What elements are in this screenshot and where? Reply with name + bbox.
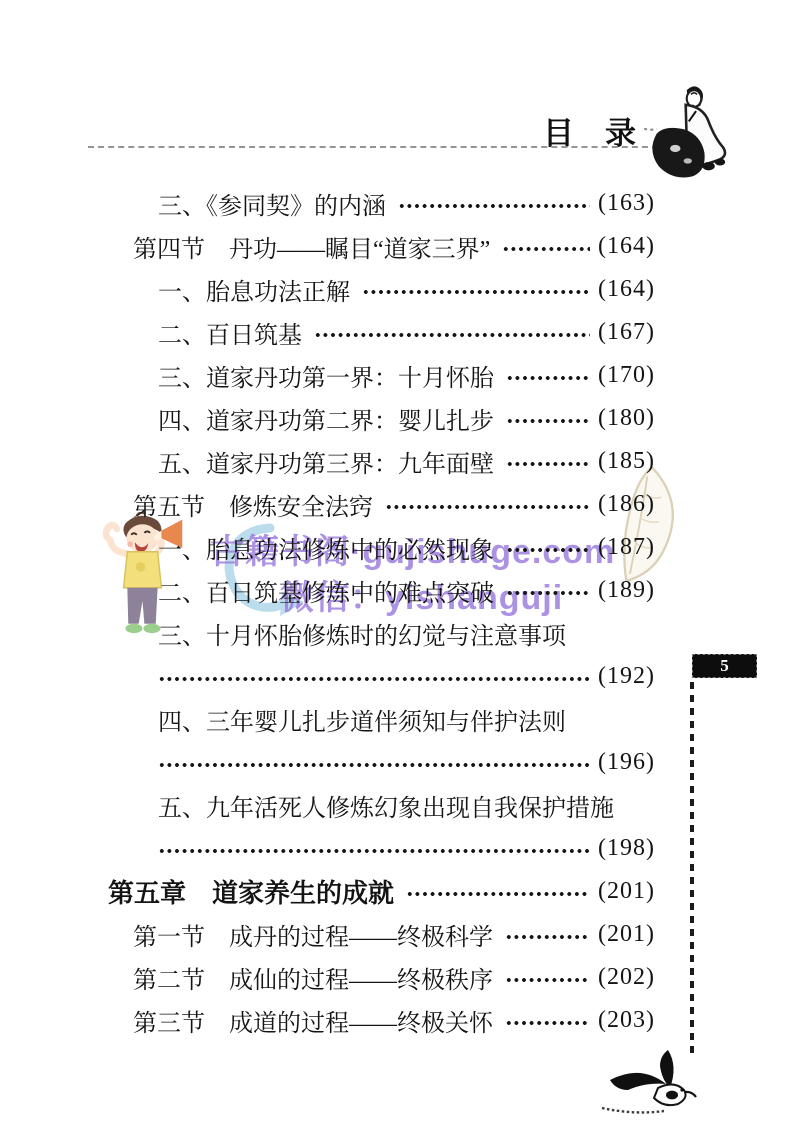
toc-entry-label: 三、《参同契》的内涵: [88, 186, 386, 221]
toc-entry: 第二节 成仙的过程——终极秩序 (202): [88, 956, 655, 999]
toc-entry: 三、十月怀胎修炼时的幻觉与注意事项: [88, 612, 655, 655]
dot-leader: [406, 889, 590, 899]
toc-entry-page: (164): [598, 276, 655, 303]
dot-leader: [505, 932, 590, 942]
toc-entry: 三、道家丹功第一界：十月怀胎 (170): [88, 354, 655, 397]
toc-entry-page: (163): [598, 190, 655, 217]
dot-leader: [505, 1018, 590, 1028]
toc-entry-page: (167): [598, 319, 655, 346]
toc-entry-label: 五、九年活死人修炼幻象出现自我保护措施: [88, 788, 614, 823]
dot-leader: [506, 459, 590, 469]
toc-entry-label: 一、胎息功法正解: [88, 272, 350, 307]
toc-entry-page: (180): [598, 405, 655, 432]
toc-entry-label: 三、道家丹功第一界：十月怀胎: [88, 358, 494, 393]
dot-leader: [506, 373, 590, 383]
toc-entry-label: 第三节 成道的过程——终极关怀: [88, 1003, 493, 1038]
dot-leader: [158, 674, 590, 684]
toc-entry-label: 四、三年婴儿扎步道伴须知与伴护法则: [88, 702, 566, 737]
toc-entry: 五、道家丹功第三界：九年面壁 (185): [88, 440, 655, 483]
toc-entry-label: 第五节 修炼安全法窍: [88, 487, 373, 522]
dot-leader: [398, 201, 590, 211]
taoist-sage-with-gourd-icon: [644, 84, 744, 188]
toc-entry: 第五节 修炼安全法窍 (186): [88, 483, 655, 526]
toc-entry-label: 一、胎息功法修炼中的必然现象: [88, 530, 494, 565]
dot-leader: [506, 416, 590, 426]
toc-entry: 第一节 成丹的过程——终极科学 (201): [88, 913, 655, 956]
toc-entry-label: 二、百日筑基: [88, 315, 302, 350]
toc-entry-page: (196): [598, 749, 655, 776]
toc-entry-label: 第五章 道家养生的成就: [88, 873, 394, 910]
dot-leader: [158, 846, 590, 856]
dot-leader: [362, 287, 590, 297]
toc-entry-label: 第一节 成丹的过程——终极科学: [88, 917, 493, 952]
toc-entry-page: (201): [598, 921, 655, 948]
dot-leader: [502, 244, 590, 254]
toc-entry-label: 第二节 成仙的过程——终极秩序: [88, 960, 493, 995]
toc-list: 三、《参同契》的内涵 (163) 第四节 丹功——瞩目“道家三界” (164) …: [88, 182, 655, 1042]
toc-entry-page: (202): [598, 964, 655, 991]
toc-entry: 一、胎息功法修炼中的必然现象 (187): [88, 526, 655, 569]
toc-entry-label: 三、十月怀胎修炼时的幻觉与注意事项: [88, 616, 566, 651]
toc-entry-page: (189): [598, 577, 655, 604]
toc-entry-page: (164): [598, 233, 655, 260]
toc-entry: 三、《参同契》的内涵 (163): [88, 182, 655, 225]
toc-entry: (198): [88, 827, 655, 870]
dot-leader: [158, 760, 590, 770]
toc-entry: (192): [88, 655, 655, 698]
toc-entry: 二、百日筑基修炼中的难点突破 (189): [88, 569, 655, 612]
dot-leader: [385, 502, 590, 512]
dot-leader: [506, 588, 590, 598]
toc-entry: 四、道家丹功第二界：婴儿扎步 (180): [88, 397, 655, 440]
header-divider: [88, 146, 658, 148]
toc-entry: 二、百日筑基 (167): [88, 311, 655, 354]
toc-entry-page: (187): [598, 534, 655, 561]
dot-leader: [314, 330, 590, 340]
toc-entry-page: (192): [598, 663, 655, 690]
margin-dashed-rule: [690, 682, 694, 1054]
toc-entry-page: (198): [598, 835, 655, 862]
toc-entry-label: 第四节 丹功——瞩目“道家三界”: [88, 229, 490, 264]
ink-bird-icon: [596, 1048, 728, 1124]
toc-entry: 第五章 道家养生的成就 (201): [88, 870, 655, 913]
toc-entry-page: (185): [598, 448, 655, 475]
toc-entry: 第四节 丹功——瞩目“道家三界” (164): [88, 225, 655, 268]
toc-entry-page: (203): [598, 1007, 655, 1034]
page-number-badge: 5: [692, 654, 757, 678]
toc-entry: (196): [88, 741, 655, 784]
toc-entry: 四、三年婴儿扎步道伴须知与伴护法则: [88, 698, 655, 741]
toc-entry-label: 二、百日筑基修炼中的难点突破: [88, 573, 494, 608]
toc-entry: 第三节 成道的过程——终极关怀 (203): [88, 999, 655, 1042]
book-toc-page: 目 录 三、《参同契》的内涵 (163) 第四节 丹功——瞩目“道家三界” (1…: [0, 0, 786, 1136]
toc-entry-label: 四、道家丹功第二界：婴儿扎步: [88, 401, 494, 436]
toc-entry: 五、九年活死人修炼幻象出现自我保护措施: [88, 784, 655, 827]
toc-entry-page: (186): [598, 491, 655, 518]
dot-leader: [506, 545, 590, 555]
toc-entry-label: 五、道家丹功第三界：九年面壁: [88, 444, 494, 479]
toc-entry-page: (201): [598, 878, 655, 905]
toc-entry-page: (170): [598, 362, 655, 389]
dot-leader: [505, 975, 590, 985]
toc-entry: 一、胎息功法正解 (164): [88, 268, 655, 311]
